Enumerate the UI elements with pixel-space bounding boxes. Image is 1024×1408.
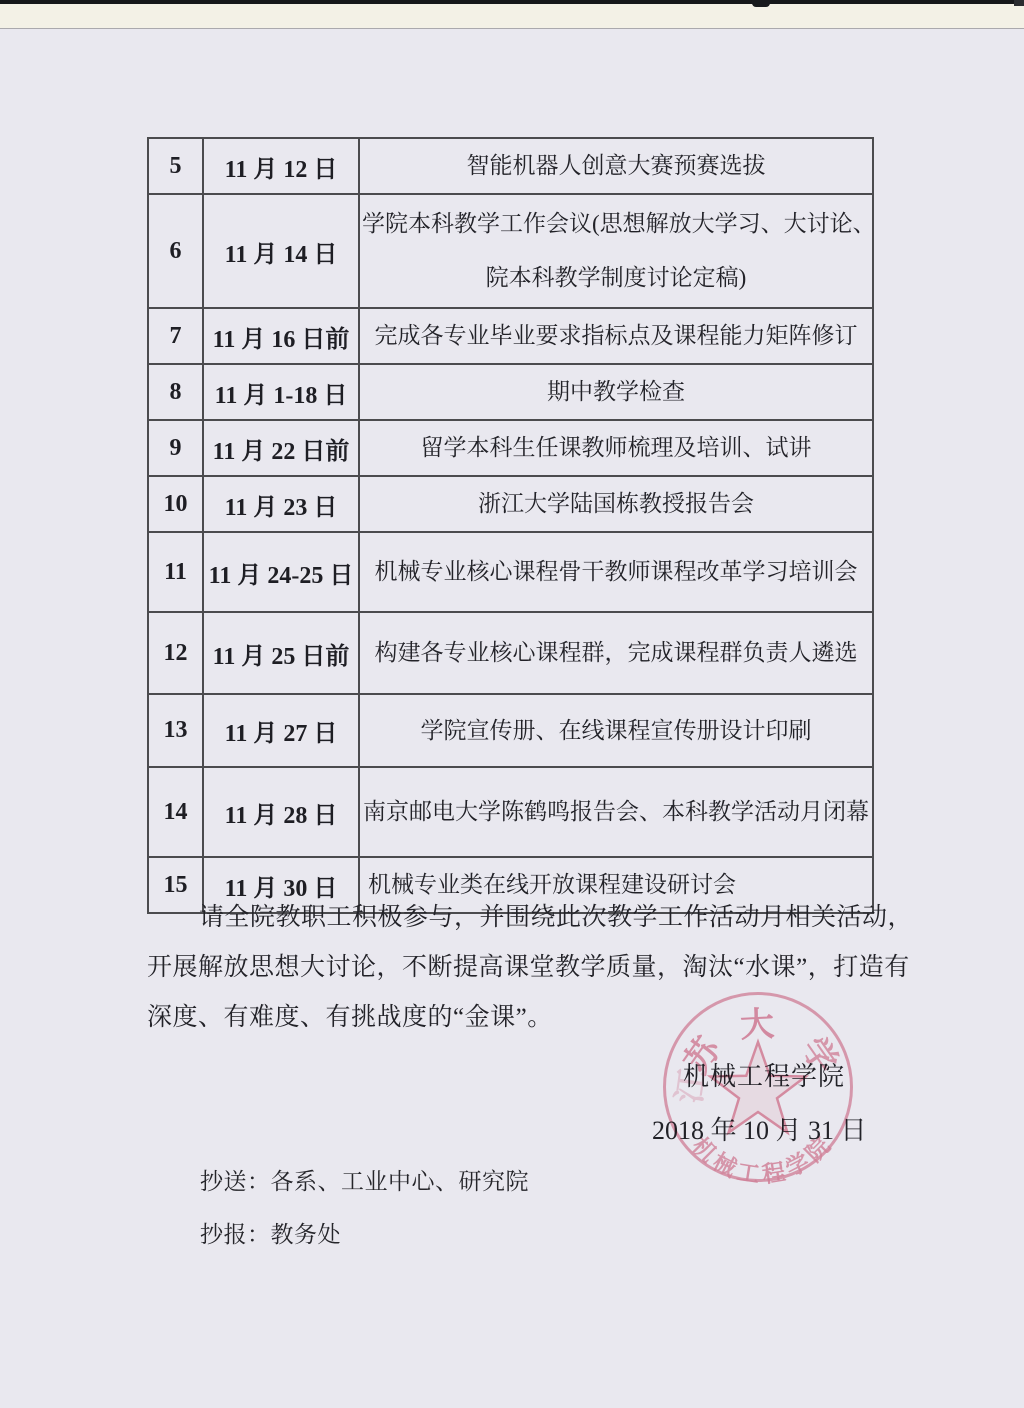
activity-text: 留学本科生任课教师梳理及培训、试讲 [362,421,870,475]
page-top-margin [0,4,1024,29]
row-number-cell: 9 [148,420,203,476]
table-row: 1011 月 23 日浙江大学陆国栋教授报告会 [148,476,873,532]
scan-artifact [752,0,770,7]
row-number-cell: 5 [148,138,203,194]
table-row: 1311 月 27 日学院宣传册、在线课程宣传册设计印刷 [148,694,873,767]
scan-artifact [1014,0,1024,6]
schedule-table: 511 月 12 日智能机器人创意大赛预赛选拔611 月 14 日学院本科教学工… [147,137,874,914]
table-row: 1411 月 28 日南京邮电大学陈鹤鸣报告会、本科教学活动月闭幕 [148,767,873,857]
row-number-cell: 13 [148,694,203,767]
activity-text: 学院宣传册、在线课程宣传册设计印刷 [362,704,870,758]
date-cell: 11 月 14 日 [203,194,359,308]
activity-cell: 浙江大学陆国栋教授报告会 [359,476,873,532]
activity-cell: 完成各专业毕业要求指标点及课程能力矩阵修订 [359,308,873,364]
cc-line-report-to: 抄报：教务处 [200,1216,341,1249]
stamp-character: 大 [739,996,776,1047]
activity-cell: 南京邮电大学陈鹤鸣报告会、本科教学活动月闭幕 [359,767,873,857]
activity-text: 期中教学检查 [362,365,870,419]
date-cell: 11 月 27 日 [203,694,359,767]
date-cell: 11 月 12 日 [203,138,359,194]
row-number-cell: 12 [148,612,203,694]
activity-cell: 智能机器人创意大赛预赛选拔 [359,138,873,194]
activity-cell: 构建各专业核心课程群，完成课程群负责人遴选 [359,612,873,694]
date-cell: 11 月 1-18 日 [203,364,359,420]
cc-line-copy-to: 抄送：各系、工业中心、研究院 [200,1163,529,1196]
activity-cell: 机械专业核心课程骨干教师课程改革学习培训会 [359,532,873,612]
activity-cell: 留学本科生任课教师梳理及培训、试讲 [359,420,873,476]
activity-text: 完成各专业毕业要求指标点及课程能力矩阵修订 [362,309,870,363]
table-row: 1111 月 24-25 日机械专业核心课程骨干教师课程改革学习培训会 [148,532,873,612]
table-row: 811 月 1-18 日期中教学检查 [148,364,873,420]
activity-text: 院本科教学制度讨论定稿) [362,251,870,305]
stamp-character: 工 [735,1153,763,1189]
activity-cell: 学院宣传册、在线课程宣传册设计印刷 [359,694,873,767]
activity-text: 南京邮电大学陈鹤鸣报告会、本科教学活动月闭幕 [362,785,870,839]
paragraph-line: 开展解放思想大讨论，不断提高课堂教学质量，淘汰“水课”，打造有 [147,946,861,996]
date-cell: 11 月 24-25 日 [203,532,359,612]
date-cell: 11 月 16 日前 [203,308,359,364]
activity-text: 构建各专业核心课程群，完成课程群负责人遴选 [362,626,870,680]
row-number-cell: 14 [148,767,203,857]
activity-text: 浙江大学陆国栋教授报告会 [362,477,870,531]
table-row: 611 月 14 日学院本科教学工作会议(思想解放大学习、大讨论、院本科教学制度… [148,194,873,308]
row-number-cell: 10 [148,476,203,532]
row-number-cell: 11 [148,532,203,612]
paragraph-line: 请全院教职工积极参与，并围绕此次教学工作活动月相关活动， [147,896,861,946]
activity-text: 智能机器人创意大赛预赛选拔 [362,139,870,193]
activity-cell: 期中教学检查 [359,364,873,420]
date-cell: 11 月 25 日前 [203,612,359,694]
activity-text: 学院本科教学工作会议(思想解放大学习、大讨论、 [362,197,870,251]
table-row: 711 月 16 日前完成各专业毕业要求指标点及课程能力矩阵修订 [148,308,873,364]
table-row: 511 月 12 日智能机器人创意大赛预赛选拔 [148,138,873,194]
table-row: 1211 月 25 日前构建各专业核心课程群，完成课程群负责人遴选 [148,612,873,694]
row-number-cell: 7 [148,308,203,364]
activity-text: 机械专业核心课程骨干教师课程改革学习培训会 [362,545,870,599]
activity-cell: 学院本科教学工作会议(思想解放大学习、大讨论、院本科教学制度讨论定稿) [359,194,873,308]
official-seal-stamp: 江苏大学 机械工程学院 [663,992,853,1182]
table-row: 911 月 22 日前留学本科生任课教师梳理及培训、试讲 [148,420,873,476]
date-cell: 11 月 22 日前 [203,420,359,476]
row-number-cell: 8 [148,364,203,420]
row-number-cell: 6 [148,194,203,308]
date-cell: 11 月 23 日 [203,476,359,532]
date-cell: 11 月 28 日 [203,767,359,857]
